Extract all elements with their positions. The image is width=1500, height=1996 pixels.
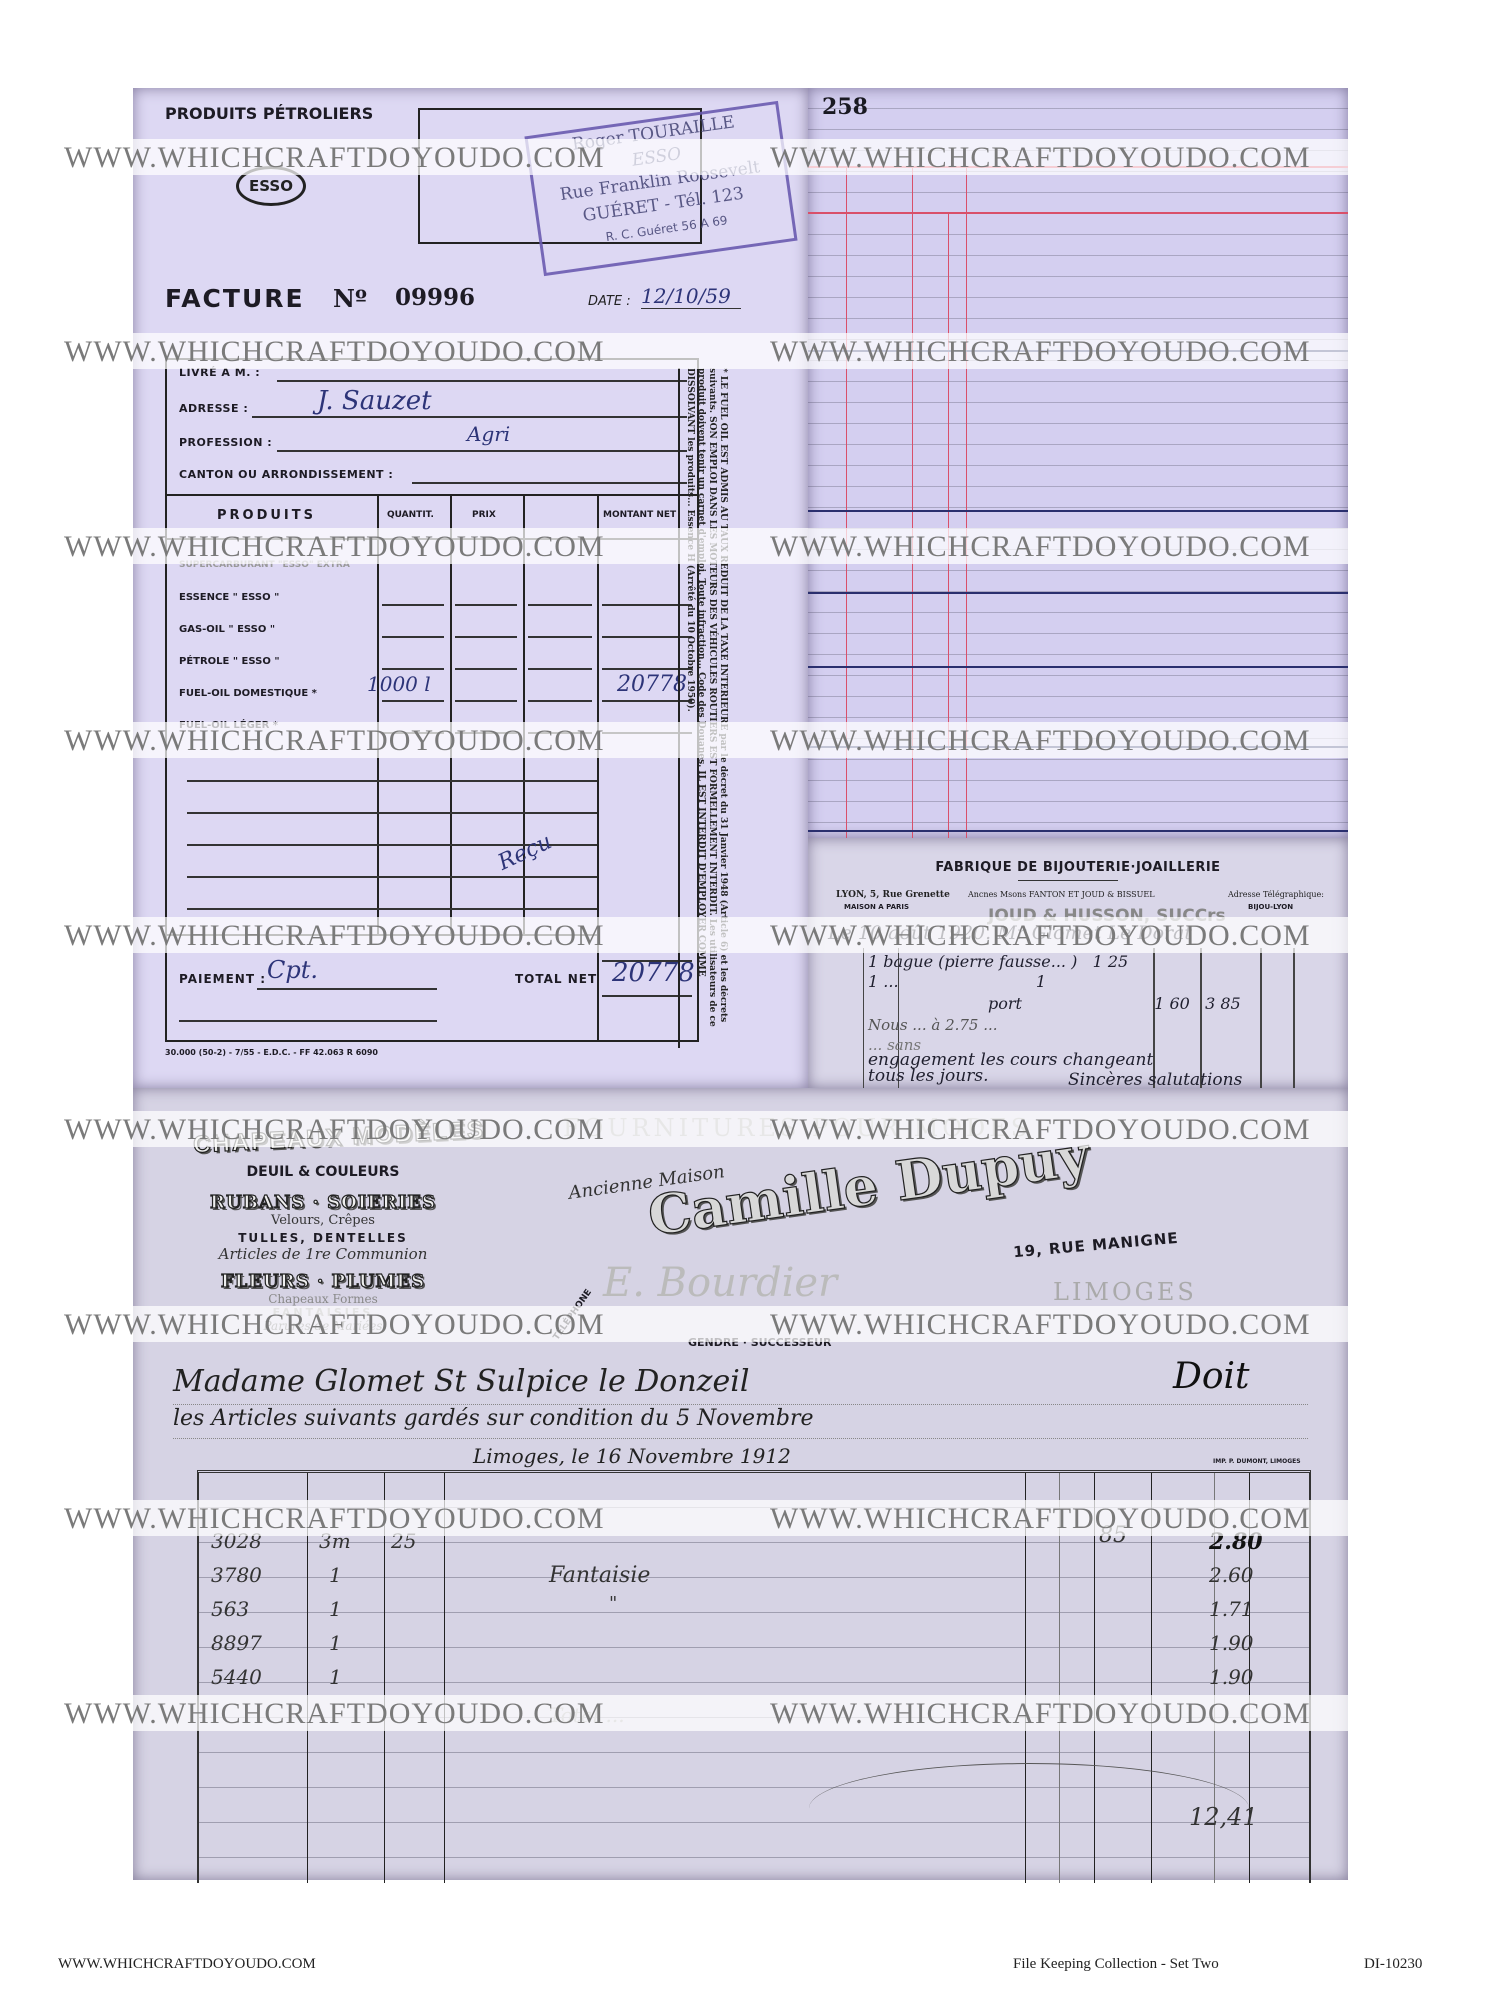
left-col-line: RUBANS · SOIERIES: [153, 1192, 493, 1213]
item-qty: 1: [329, 1597, 342, 1621]
invoice-number: 09996: [395, 284, 475, 311]
bijou-item: port 1 60 3 85: [988, 994, 1241, 1013]
left-col-line: Chapeaux Formes: [153, 1292, 493, 1306]
watermark-band: WWW.WHICHCRAFTDOYOUDO.COM WWW.WHICHCRAFT…: [0, 1111, 1500, 1147]
left-col-line: Articles de 1re Communion: [153, 1245, 493, 1263]
bijou-note: tous les jours.: [868, 1066, 988, 1086]
item-ref: 8897: [211, 1631, 262, 1655]
address-value: J. Sauzet: [317, 386, 432, 416]
successor-script: E. Bourdier: [603, 1260, 837, 1306]
bijou-address: LYON, 5, Rue Grenette: [836, 890, 950, 900]
product-row: PÉTROLE " ESSO ": [179, 656, 280, 667]
left-col-line: Velours, Crêpes: [153, 1213, 493, 1228]
total-flourish: [809, 1763, 1249, 1854]
place-date: Limoges, le 16 Novembre 1912: [473, 1444, 791, 1468]
dupuy-invoice: CHAPEAUX MODÈLES FOURNITURES POUR MODES …: [133, 1088, 1348, 1880]
grand-total: 12,41: [1189, 1803, 1258, 1831]
watermark-band: WWW.WHICHCRAFTDOYOUDO.COM WWW.WHICHCRAFT…: [0, 528, 1500, 564]
payment-value: Cpt.: [267, 956, 318, 984]
watermark-text: WWW.WHICHCRAFTDOYOUDO.COM: [770, 1697, 1311, 1731]
shop-address: 19, RUE MANIGNE: [1013, 1229, 1180, 1261]
item-qty: 1: [329, 1665, 342, 1689]
bijou-item: 1 ... 1: [868, 972, 1046, 991]
watermark-band: WWW.WHICHCRAFTDOYOUDO.COM WWW.WHICHCRAFT…: [0, 139, 1500, 175]
date-value: 12/10/59: [641, 284, 741, 309]
articles-line: les Articles suivants gardés sur conditi…: [173, 1406, 813, 1431]
item-qty: 1: [329, 1631, 342, 1655]
watermark-text: WWW.WHICHCRAFTDOYOUDO.COM: [770, 1502, 1311, 1536]
watermark-text: WWW.WHICHCRAFTDOYOUDO.COM: [770, 919, 1311, 953]
watermark-band: WWW.WHICHCRAFTDOYOUDO.COM WWW.WHICHCRAFT…: [0, 333, 1500, 369]
item-total: 1.90: [1209, 1631, 1254, 1655]
field-label: CANTON OU ARRONDISSEMENT :: [179, 468, 393, 481]
fuel-quantity: 1000 l: [367, 672, 431, 696]
left-col-line: FLEURS · PLUMES: [153, 1271, 493, 1292]
watermark-text: WWW.WHICHCRAFTDOYOUDO.COM: [770, 1308, 1311, 1342]
addressee: Madame Glomet St Sulpice le Donzeil: [173, 1364, 749, 1399]
watermark-band: WWW.WHICHCRAFTDOYOUDO.COM WWW.WHICHCRAFT…: [0, 1306, 1500, 1342]
watermark-text: WWW.WHICHCRAFTDOYOUDO.COM: [770, 724, 1311, 758]
watermark-text: WWW.WHICHCRAFTDOYOUDO.COM: [64, 1502, 605, 1536]
bijou-former-house: Ancnes Msons FANTON ET JOUD & BISSUEL: [968, 890, 1155, 899]
footer-code: DI-10230: [1364, 1956, 1422, 1973]
field-label: PROFESSION :: [179, 436, 272, 449]
bijou-telegraph: BIJOU-LYON: [1248, 903, 1293, 911]
esso-header: PRODUITS PÉTROLIERS: [165, 104, 373, 123]
item-ref: 5440: [211, 1665, 262, 1689]
watermark-text: WWW.WHICHCRAFTDOYOUDO.COM: [64, 141, 605, 175]
watermark-band: WWW.WHICHCRAFTDOYOUDO.COM WWW.WHICHCRAFT…: [0, 1500, 1500, 1536]
product-row: FUEL-OIL DOMESTIQUE *: [179, 688, 317, 699]
bijou-title: FABRIQUE DE BIJOUTERIE·JOAILLERIE: [808, 860, 1348, 875]
signature: Reçu: [494, 829, 555, 875]
watermark-text: WWW.WHICHCRAFTDOYOUDO.COM: [64, 1697, 605, 1731]
ledger-page-number: 258: [822, 94, 868, 120]
item-qty: 1: [329, 1563, 342, 1587]
col-header-amount: MONTANT NET: [603, 510, 676, 520]
watermark-text: WWW.WHICHCRAFTDOYOUDO.COM: [770, 1113, 1311, 1147]
watermark-text: WWW.WHICHCRAFTDOYOUDO.COM: [64, 724, 605, 758]
item-ref: 3780: [211, 1563, 262, 1587]
footer-website: WWW.WHICHCRAFTDOYOUDO.COM: [58, 1956, 316, 1973]
watermark-text: WWW.WHICHCRAFTDOYOUDO.COM: [770, 335, 1311, 369]
city: LIMOGES: [1053, 1278, 1197, 1306]
profession-value: Agri: [467, 422, 510, 446]
date-label: DATE :: [588, 294, 631, 309]
total-label: TOTAL NET: [515, 972, 597, 986]
left-col-line: DEUIL & COULEURS: [153, 1164, 493, 1180]
doit-label: Doit: [1173, 1356, 1250, 1397]
watermark-text: WWW.WHICHCRAFTDOYOUDO.COM: [64, 530, 605, 564]
printer-mark: IMP. P. DUMONT, LIMOGES: [1213, 1458, 1301, 1465]
left-col-line: TULLES, DENTELLES: [153, 1231, 493, 1245]
print-code: 30.000 (50-2) - 7/55 - E.D.C. - FF 42.06…: [165, 1048, 378, 1057]
watermark-band: WWW.WHICHCRAFTDOYOUDO.COM WWW.WHICHCRAFT…: [0, 917, 1500, 953]
payment-label: PAIEMENT :: [179, 972, 266, 986]
bijou-item: 1 bague (pierre fausse... ) 1 25: [868, 952, 1128, 971]
fuel-amount: 20778: [617, 672, 687, 697]
watermark-text: WWW.WHICHCRAFTDOYOUDO.COM: [64, 1308, 605, 1342]
bijou-paris: MAISON A PARIS: [844, 903, 909, 911]
watermark-text: WWW.WHICHCRAFTDOYOUDO.COM: [770, 530, 1311, 564]
col-header-produits: PRODUITS: [217, 508, 316, 523]
bijou-closing: Sincères salutations: [1068, 1070, 1242, 1090]
item-ref: 563: [211, 1597, 249, 1621]
watermark-text: WWW.WHICHCRAFTDOYOUDO.COM: [64, 919, 605, 953]
bijou-note: Nous ... à 2.75 ...: [868, 1016, 998, 1034]
footer-collection: File Keeping Collection - Set Two: [1013, 1956, 1219, 1973]
watermark-band: WWW.WHICHCRAFTDOYOUDO.COM WWW.WHICHCRAFT…: [0, 1695, 1500, 1731]
number-label: Nº: [333, 284, 367, 313]
jewelry-invoice: FABRIQUE DE BIJOUTERIE·JOAILLERIE LYON, …: [808, 838, 1348, 1088]
bijou-telegraph-label: Adresse Télégraphique:: [1228, 890, 1324, 899]
watermark-text: WWW.WHICHCRAFTDOYOUDO.COM: [64, 335, 605, 369]
field-label: ADRESSE :: [179, 402, 248, 415]
item-total: 1.71: [1209, 1597, 1254, 1621]
product-row: GAS-OIL " ESSO ": [179, 624, 275, 635]
item-desc: Fantaisie: [549, 1563, 650, 1588]
item-total: 1.90: [1209, 1665, 1254, 1689]
watermark-band: WWW.WHICHCRAFTDOYOUDO.COM WWW.WHICHCRAFT…: [0, 722, 1500, 758]
watermark-text: WWW.WHICHCRAFTDOYOUDO.COM: [770, 141, 1311, 175]
col-header-price: PRIX: [472, 510, 496, 520]
product-row: ESSENCE " ESSO ": [179, 592, 279, 603]
item-desc: ": [609, 1593, 617, 1614]
col-header-quantity: QUANTIT.: [387, 510, 434, 520]
item-total: 2.60: [1209, 1563, 1254, 1587]
invoice-title: FACTURE: [165, 284, 305, 313]
watermark-text: WWW.WHICHCRAFTDOYOUDO.COM: [64, 1113, 605, 1147]
